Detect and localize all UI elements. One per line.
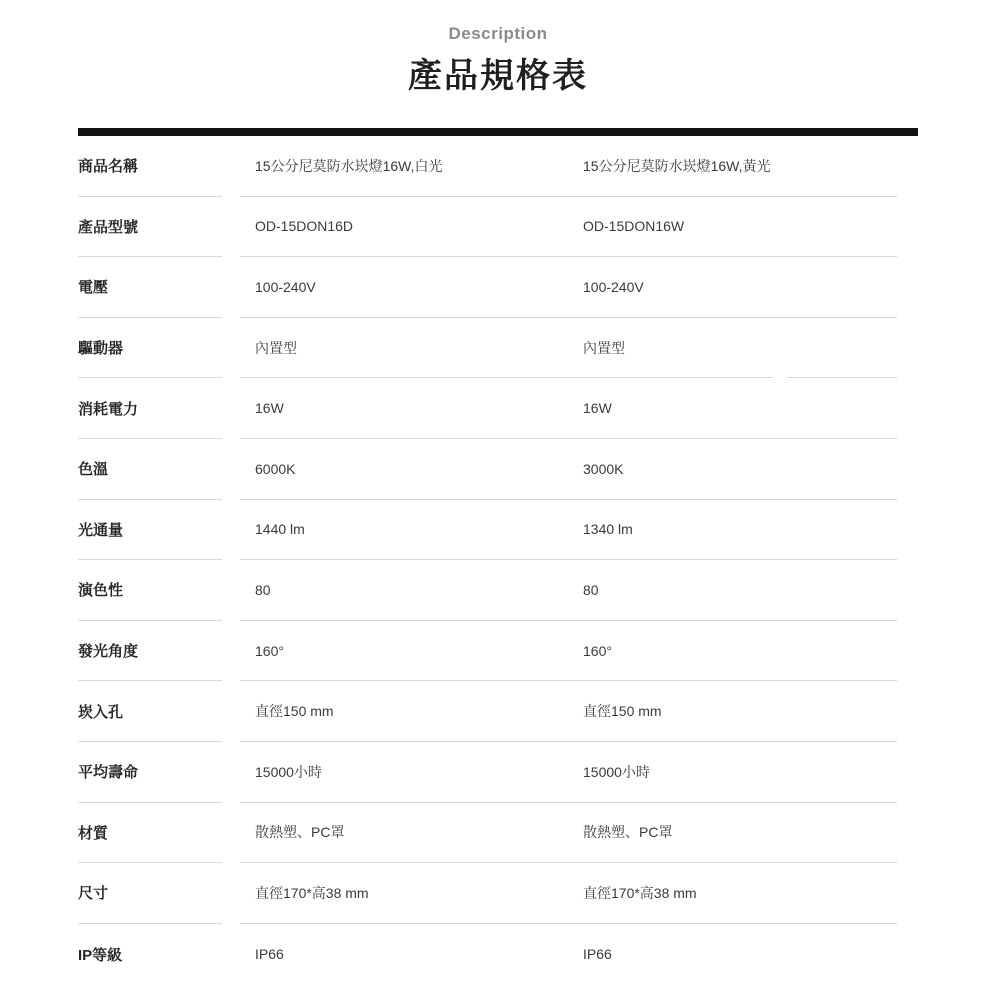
row-label: 材質	[78, 803, 222, 864]
table-row: 演色性 80 80	[78, 560, 918, 621]
row-value-yellow-light: 15000小時	[583, 762, 897, 782]
row-value-white-light: 80	[240, 582, 583, 598]
row-label: 產品型號	[78, 197, 222, 258]
table-row: 尺寸 直徑170*高38 mm 直徑170*高38 mm	[78, 863, 918, 924]
row-values: 15000小時 15000小時	[240, 742, 897, 803]
row-value-yellow-light: 100-240V	[583, 279, 897, 295]
row-label: 尺寸	[78, 863, 222, 924]
row-value-yellow-light: 3000K	[583, 461, 897, 477]
row-label: 電壓	[78, 257, 222, 318]
row-value-yellow-light: 1340 lm	[583, 521, 897, 537]
row-value-white-light: 直徑150 mm	[240, 701, 583, 721]
table-row: 平均壽命 15000小時 15000小時	[78, 742, 918, 803]
row-values: 直徑150 mm 直徑150 mm	[240, 681, 897, 742]
table-top-rule	[78, 128, 918, 136]
table-row: 色溫 6000K 3000K	[78, 439, 918, 500]
row-value-white-light: 15000小時	[240, 762, 583, 782]
row-values: OD-15DON16D OD-15DON16W	[240, 197, 897, 258]
row-value-white-light: 內置型	[240, 338, 583, 358]
row-value-white-light: 直徑170*高38 mm	[240, 883, 583, 903]
row-value-yellow-light: 160°	[583, 643, 897, 659]
table-row: 驅動器 內置型 內置型	[78, 318, 918, 379]
row-value-white-light: OD-15DON16D	[240, 218, 583, 234]
row-value-yellow-light: 直徑170*高38 mm	[583, 883, 897, 903]
row-value-yellow-light: IP66	[583, 946, 897, 962]
row-value-yellow-light: 直徑150 mm	[583, 701, 897, 721]
table-row: 消耗電力 16W 16W	[78, 378, 918, 439]
page-title: 產品規格表	[78, 56, 918, 96]
row-label: 平均壽命	[78, 742, 222, 803]
row-value-white-light: 6000K	[240, 461, 583, 477]
row-values: 散熱塑、PC罩 散熱塑、PC罩	[240, 803, 897, 864]
table-row: 材質 散熱塑、PC罩 散熱塑、PC罩	[78, 803, 918, 864]
row-values: 16W 16W	[240, 378, 897, 439]
table-row: 電壓 100-240V 100-240V	[78, 257, 918, 318]
row-value-yellow-light: 內置型	[583, 338, 897, 358]
spec-table: 商品名稱 15公分尼莫防水崁燈16W,白光 15公分尼莫防水崁燈16W,黃光 產…	[78, 136, 918, 984]
row-value-white-light: 160°	[240, 643, 583, 659]
row-label: 色溫	[78, 439, 222, 500]
table-row: IP等級 IP66 IP66	[78, 924, 918, 985]
row-values: 100-240V 100-240V	[240, 257, 897, 318]
row-values: 內置型 內置型	[240, 318, 897, 379]
row-label: 驅動器	[78, 318, 222, 379]
row-label: IP等級	[78, 924, 222, 985]
product-description-page: Description 產品規格表 商品名稱 15公分尼莫防水崁燈16W,白光 …	[78, 24, 918, 984]
row-value-yellow-light: 散熱塑、PC罩	[583, 822, 897, 842]
row-label: 演色性	[78, 560, 222, 621]
row-values: 15公分尼莫防水崁燈16W,白光 15公分尼莫防水崁燈16W,黃光	[240, 136, 897, 197]
section-eyebrow: Description	[78, 24, 918, 44]
table-row: 崁入孔 直徑150 mm 直徑150 mm	[78, 681, 918, 742]
row-values: 6000K 3000K	[240, 439, 897, 500]
row-label: 商品名稱	[78, 136, 222, 197]
row-label: 崁入孔	[78, 681, 222, 742]
row-label: 光通量	[78, 500, 222, 561]
row-value-white-light: 15公分尼莫防水崁燈16W,白光	[240, 156, 583, 176]
row-values: IP66 IP66	[240, 924, 897, 985]
table-row: 商品名稱 15公分尼莫防水崁燈16W,白光 15公分尼莫防水崁燈16W,黃光	[78, 136, 918, 197]
row-value-white-light: IP66	[240, 946, 583, 962]
row-values: 80 80	[240, 560, 897, 621]
table-row: 產品型號 OD-15DON16D OD-15DON16W	[78, 197, 918, 258]
row-values: 160° 160°	[240, 621, 897, 682]
row-label: 發光角度	[78, 621, 222, 682]
row-value-white-light: 散熱塑、PC罩	[240, 822, 583, 842]
row-value-white-light: 100-240V	[240, 279, 583, 295]
row-values: 直徑170*高38 mm 直徑170*高38 mm	[240, 863, 897, 924]
row-label: 消耗電力	[78, 378, 222, 439]
table-row: 光通量 1440 lm 1340 lm	[78, 500, 918, 561]
row-value-white-light: 1440 lm	[240, 521, 583, 537]
row-value-yellow-light: 15公分尼莫防水崁燈16W,黃光	[583, 156, 897, 176]
row-value-yellow-light: 80	[583, 582, 897, 598]
row-value-yellow-light: 16W	[583, 400, 897, 416]
row-value-yellow-light: OD-15DON16W	[583, 218, 897, 234]
table-row: 發光角度 160° 160°	[78, 621, 918, 682]
row-values: 1440 lm 1340 lm	[240, 500, 897, 561]
row-value-white-light: 16W	[240, 400, 583, 416]
